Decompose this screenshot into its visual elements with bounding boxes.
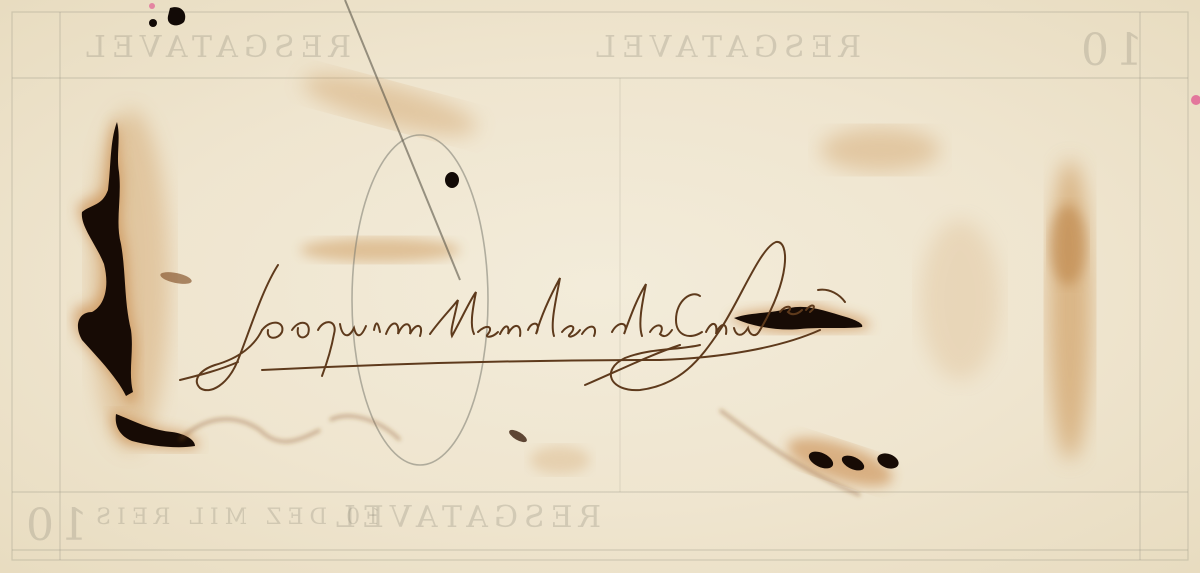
bleed-through-script	[180, 410, 860, 495]
ink-blot-top	[168, 7, 185, 25]
ink-dot-small	[149, 19, 157, 27]
banknote-paper: RESGATAVEL RESGATAVEL 10 DEZ MIL REIS RE…	[0, 0, 1200, 573]
diagonal-pen-stroke	[345, 0, 460, 280]
ink-dot	[445, 172, 459, 188]
